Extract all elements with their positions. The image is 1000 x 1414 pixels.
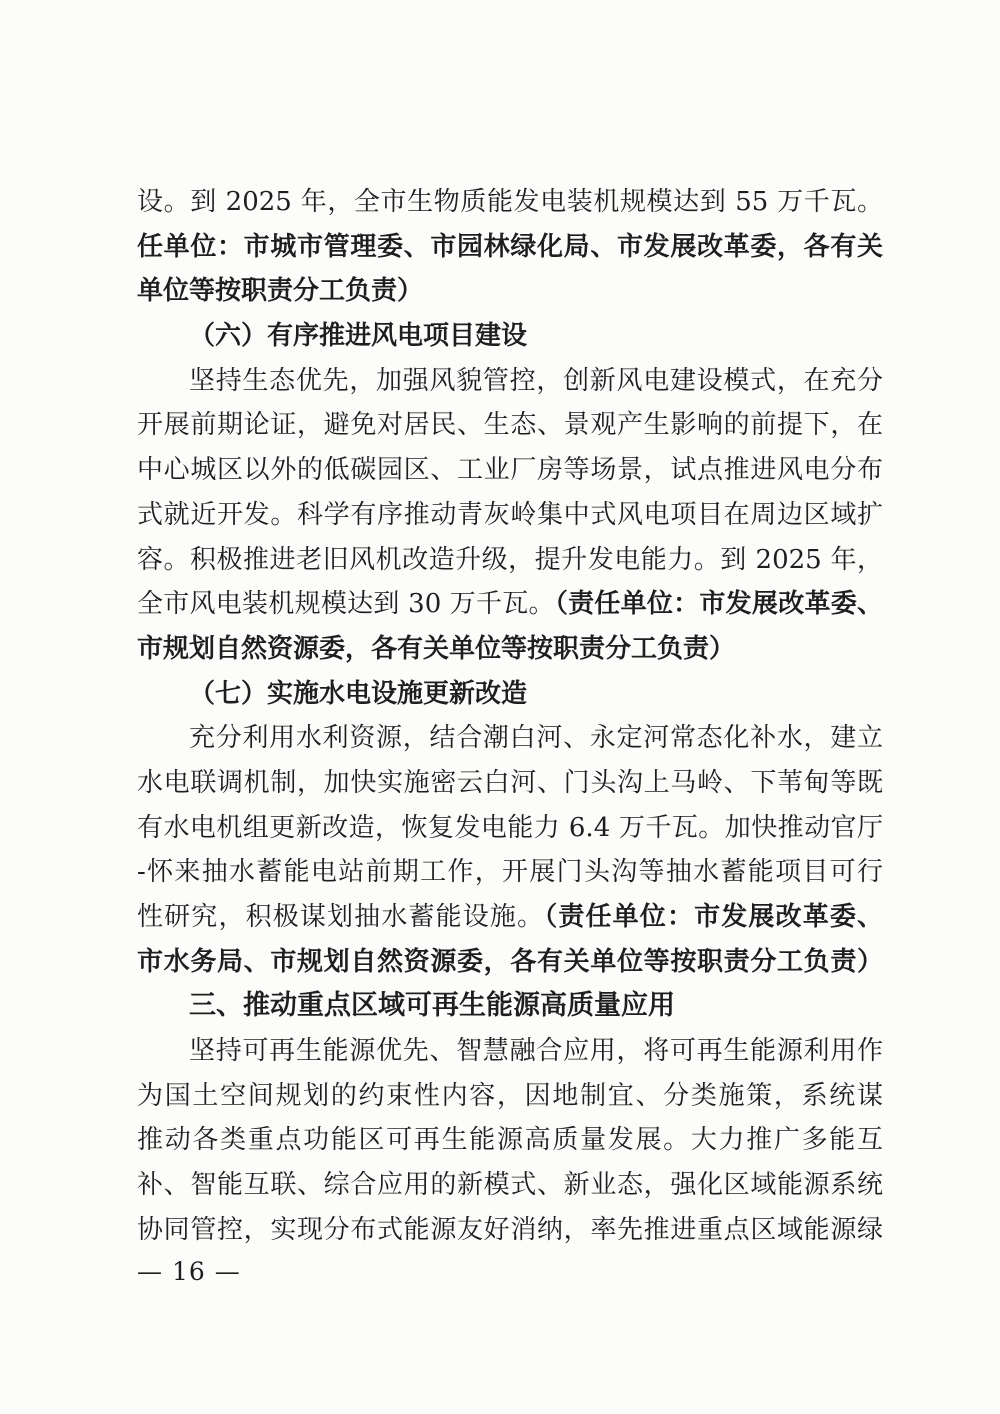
text-segment: 单位等按职责分工负责） xyxy=(137,276,423,306)
text-line: 坚持可再生能源优先、智慧融合应用，将可再生能源利用作 xyxy=(137,1029,883,1074)
text-segment: 市水务局、市规划自然资源委，各有关单位等按职责分工负责） xyxy=(137,947,883,977)
text-segment: 水电联调机制，加快实施密云白河、门头沟上马岭、下苇甸等既 xyxy=(137,768,883,798)
text-segment: 容。积极推进老旧风机改造升级，提升发电能力。到 2025 年， xyxy=(137,545,883,575)
text-line: 容。积极推进老旧风机改造升级，提升发电能力。到 2025 年， xyxy=(137,538,883,583)
text-line: 单位等按职责分工负责） xyxy=(137,269,883,314)
text-line: 开展前期论证，避免对居民、生态、景观产生影响的前提下，在 xyxy=(137,403,883,448)
text-segment: -怀来抽水蓄能电站前期工作，开展门头沟等抽水蓄能项目可行 xyxy=(137,857,883,887)
text-line: 为国土空间规划的约束性内容，因地制宜、分类施策，系统谋划， xyxy=(137,1074,883,1119)
text-segment: 三、推动重点区域可再生能源高质量应用 xyxy=(189,990,675,1021)
section-line: 三、推动重点区域可再生能源高质量应用 xyxy=(137,984,883,1029)
text-segment: 开展前期论证，避免对居民、生态、景观产生影响的前提下，在 xyxy=(137,410,883,440)
document-page: 设。到 2025 年，全市生物质能发电装机规模达到 55 万千瓦。（责任单位：市… xyxy=(0,0,1000,1414)
text-line: 推动各类重点功能区可再生能源高质量发展。大力推广多能互 xyxy=(137,1118,883,1163)
text-segment: 坚持生态优先，加强风貌管控，创新风电建设模式，在充分 xyxy=(189,366,883,396)
text-segment: （责任单位：市发展改革委、 xyxy=(544,902,883,932)
text-segment: 为国土空间规划的约束性内容，因地制宜、分类施策，系统谋划， xyxy=(137,1081,883,1119)
text-segment: 坚持可再生能源优先、智慧融合应用，将可再生能源利用作 xyxy=(189,1036,883,1066)
text-segment: （七）实施水电设施更新改造 xyxy=(189,679,527,709)
text-line: 设。到 2025 年，全市生物质能发电装机规模达到 55 万千瓦。（责 xyxy=(137,180,883,225)
text-segment: 有水电机组更新改造，恢复发电能力 6.4 万千瓦。加快推动官厅 xyxy=(137,813,883,843)
text-line: 协同管控，实现分布式能源友好消纳，率先推进重点区域能源绿 xyxy=(137,1208,883,1253)
heading-line: （七）实施水电设施更新改造 xyxy=(137,672,883,717)
text-segment: 设。到 2025 年，全市生物质能发电装机规模达到 55 万千瓦。 xyxy=(137,187,883,217)
text-line: -怀来抽水蓄能电站前期工作，开展门头沟等抽水蓄能项目可行 xyxy=(137,850,883,895)
heading-line: （六）有序推进风电项目建设 xyxy=(137,314,883,359)
text-line: 全市风电装机规模达到 30 万千瓦。（责任单位：市发展改革委、 xyxy=(137,582,883,627)
text-line: 有水电机组更新改造，恢复发电能力 6.4 万千瓦。加快推动官厅 xyxy=(137,806,883,851)
text-segment: 任单位：市城市管理委、市园林绿化局、市发展改革委，各有关 xyxy=(137,232,883,262)
text-line: 坚持生态优先，加强风貌管控，创新风电建设模式，在充分 xyxy=(137,359,883,404)
document-body: 设。到 2025 年，全市生物质能发电装机规模达到 55 万千瓦。（责任单位：市… xyxy=(137,180,883,1253)
text-segment: （责任单位：市发展改革委、 xyxy=(555,589,883,619)
text-segment: 式就近开发。科学有序推动青灰岭集中式风电项目在周边区域扩 xyxy=(137,500,883,530)
page-footer: — 16 — xyxy=(137,1256,241,1288)
page-number: — 16 — xyxy=(137,1257,241,1286)
text-segment: 全市风电装机规模达到 30 万千瓦。 xyxy=(137,589,555,619)
text-segment: 市规划自然资源委，各有关单位等按职责分工负责） xyxy=(137,634,735,664)
text-segment: （六）有序推进风电项目建设 xyxy=(189,321,527,351)
text-line: 式就近开发。科学有序推动青灰岭集中式风电项目在周边区域扩 xyxy=(137,493,883,538)
text-segment: 性研究，积极谋划抽水蓄能设施。 xyxy=(137,902,544,932)
text-line: 水电联调机制，加快实施密云白河、门头沟上马岭、下苇甸等既 xyxy=(137,761,883,806)
text-line: 充分利用水利资源，结合潮白河、永定河常态化补水，建立 xyxy=(137,716,883,761)
text-line: 中心城区以外的低碳园区、工业厂房等场景，试点推进风电分布 xyxy=(137,448,883,493)
text-segment: 推动各类重点功能区可再生能源高质量发展。大力推广多能互 xyxy=(137,1125,883,1155)
text-segment: 充分利用水利资源，结合潮白河、永定河常态化补水，建立 xyxy=(189,723,883,753)
text-line: 市水务局、市规划自然资源委，各有关单位等按职责分工负责） xyxy=(137,940,883,985)
text-segment: 补、智能互联、综合应用的新模式、新业态，强化区域能源系统 xyxy=(137,1170,883,1200)
text-segment: 协同管控，实现分布式能源友好消纳，率先推进重点区域能源绿 xyxy=(137,1215,883,1245)
text-segment: 中心城区以外的低碳园区、工业厂房等场景，试点推进风电分布 xyxy=(137,455,883,485)
text-line: 任单位：市城市管理委、市园林绿化局、市发展改革委，各有关 xyxy=(137,225,883,270)
text-line: 市规划自然资源委，各有关单位等按职责分工负责） xyxy=(137,627,883,672)
text-line: 性研究，积极谋划抽水蓄能设施。（责任单位：市发展改革委、 xyxy=(137,895,883,940)
text-line: 补、智能互联、综合应用的新模式、新业态，强化区域能源系统 xyxy=(137,1163,883,1208)
